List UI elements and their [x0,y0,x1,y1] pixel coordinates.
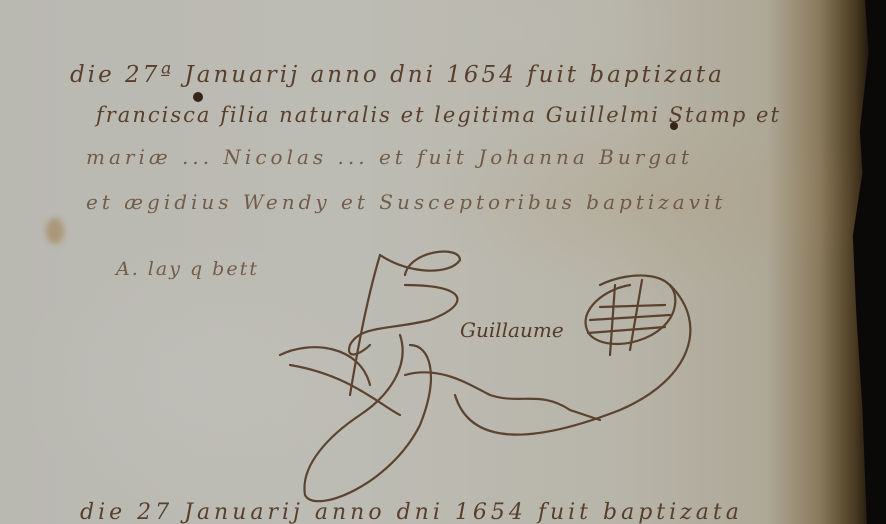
page-edge-shadow [872,0,886,524]
signature-name: Guillaume [460,318,564,342]
entry-1-line-1: die 27ª Januarij anno dni 1654 fuit bapt… [70,62,725,88]
entry-1-line-2: francisca filia naturalis et legitima Gu… [96,103,781,127]
entry-1-line-3: mariæ ... Nicolas ... et fuit Johanna Bu… [86,145,693,169]
ink-stain [46,218,64,244]
manuscript-page: die 27ª Januarij anno dni 1654 fuit bapt… [0,0,872,524]
entry-1-line-4: et ægidius Wendy et Susceptoribus baptiz… [86,190,726,214]
ink-blot [193,92,203,102]
entry-1-line-5: A. lay q bett [116,258,259,280]
entry-2-line-1: die 27 Januarij anno dni 1654 fuit bapti… [80,500,743,524]
signature-flourish [270,245,710,515]
